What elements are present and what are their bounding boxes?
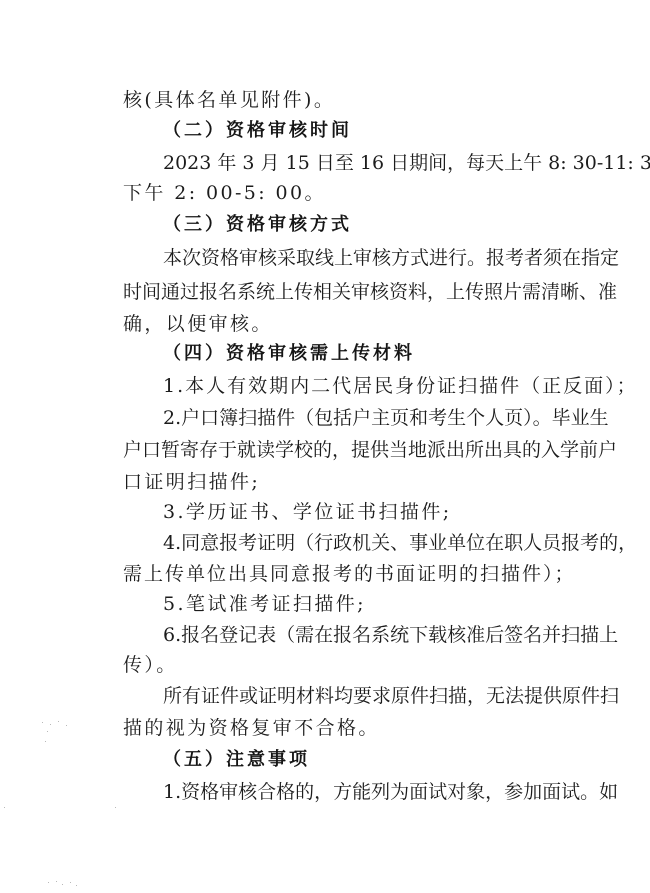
list-item: 2.户口簿扫描件（包括户主页和考生个人页）。毕业生	[163, 406, 560, 430]
paragraph-line: 传）。	[123, 653, 563, 677]
list-item: 1.资格审核合格的，方能列为面试对象，参加面试。如	[163, 780, 560, 804]
paragraph-line: 描的视为资格复审不合格。	[123, 716, 563, 740]
paragraph-line: 需上传单位出具同意报考的书面证明的扫描件）；	[123, 562, 563, 586]
paragraph-line: 时间通过报名系统上传相关审核资料，上传照片需清晰、准	[123, 280, 560, 304]
paragraph-line: 2023 年 3 月 15 日至 16 日期间，每天上午 8: 30-11: 3…	[163, 151, 560, 175]
section-heading-notes: （五）注意事项	[163, 748, 603, 772]
scanned-document-page: 核(具体名单见附件)。 （二）资格审核时间 2023 年 3 月 15 日至 1…	[0, 0, 650, 893]
section-heading-review-time: （二）资格审核时间	[163, 119, 603, 143]
list-item: 5.笔试准考证扫描件;	[163, 592, 603, 616]
section-heading-review-method: （三）资格审核方式	[163, 213, 603, 237]
paragraph-line: 本次资格审核采取线上审核方式进行。报考者须在指定	[163, 246, 560, 270]
list-item: 3.学历证书、学位证书扫描件;	[163, 500, 603, 524]
list-item: 4.同意报考证明（行政机关、事业单位在职人员报考的，	[163, 531, 560, 555]
list-item: 6.报名登记表（需在报名系统下载核准后签名并扫描上	[163, 623, 560, 647]
paragraph-line: 确，以便审核。	[123, 312, 563, 336]
paragraph-line: 口证明扫描件;	[123, 470, 563, 494]
paragraph-line: 户口暂寄存于就读学校的，提供当地派出所出具的入学前户	[123, 438, 560, 462]
section-heading-upload-materials: （四）资格审核需上传材料	[163, 342, 603, 366]
paragraph-line: 核(具体名单见附件)。	[123, 88, 563, 112]
list-item: 1.本人有效期内二代居民身份证扫描件（正反面）；	[163, 374, 603, 398]
paragraph-line: 下午 2: 00-5: 00。	[123, 181, 563, 205]
paragraph-line: 所有证件或证明材料均要求原件扫描，无法提供原件扫	[163, 684, 560, 708]
